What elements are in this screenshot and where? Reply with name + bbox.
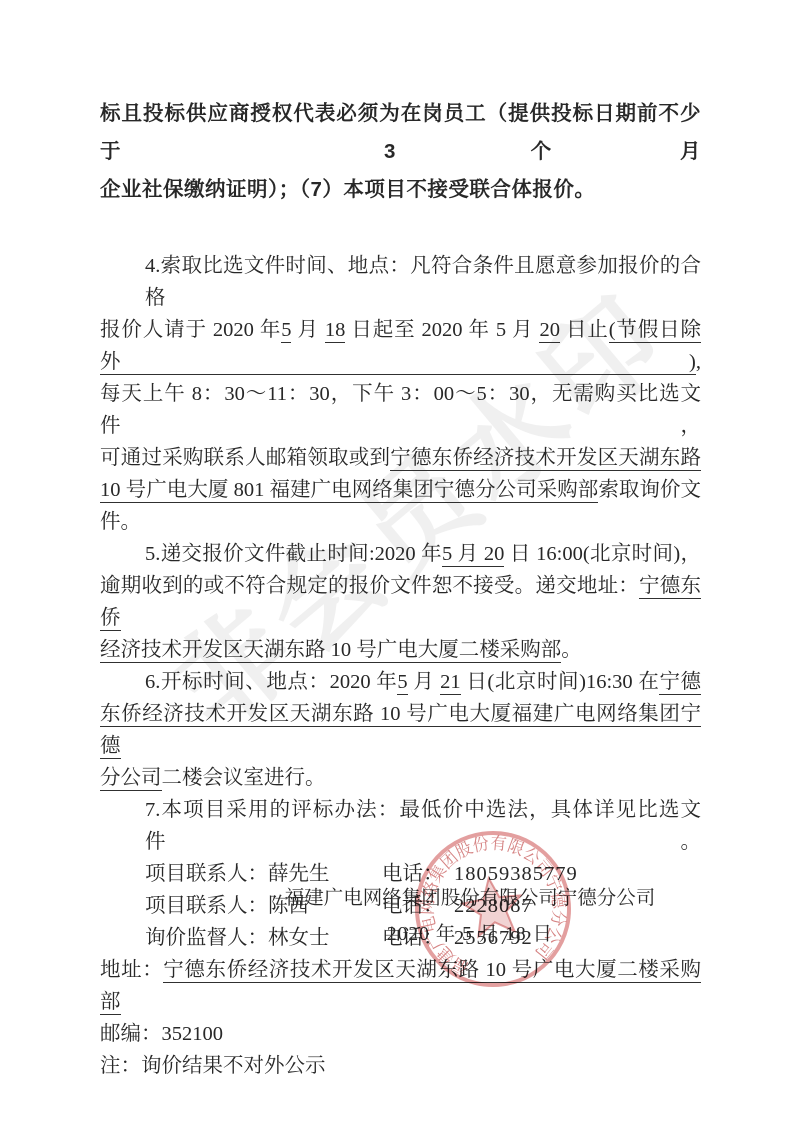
text-segment: 报价人请于 2020 年: [100, 319, 281, 341]
underlined-text: 21: [440, 671, 461, 695]
underlined-text: 宁德东侨经济技术开发区天湖东路 10 号广电大厦二楼采购部: [100, 959, 701, 1015]
text-line: 经济技术开发区天湖东路 10 号广电大厦二楼采购部。: [100, 634, 701, 666]
text-line: 标且投标供应商授权代表必须为在岗员工（提供投标日期前不少于 3 个月: [100, 95, 701, 171]
text-segment: 日起至 2020 年 5 月: [345, 319, 539, 341]
text-line: 6.开标时间、地点：2020 年5 月 21 日(北京时间)16:30 在宁德: [100, 666, 701, 698]
underlined-text: 20: [539, 319, 560, 343]
text-segment: 5.递交报价文件截止时间:2020 年: [145, 543, 442, 565]
intro-paragraph: 标且投标供应商授权代表必须为在岗员工（提供投标日期前不少于 3 个月企业社保缴纳…: [100, 95, 701, 209]
text-line: 东侨经济技术开发区天湖东路 10 号广电大厦福建广电网络集团宁德: [100, 698, 701, 762]
text-line: 地址：宁德东侨经济技术开发区天湖东路 10 号广电大厦二楼采购部: [100, 954, 701, 1018]
underlined-text: 分公司: [100, 767, 162, 791]
document-page: 非会员水印 标且投标供应商授权代表必须为在岗员工（提供投标日期前不少于 3 个月…: [0, 0, 793, 1121]
text-segment: 4.索取比选文件时间、地点：凡符合条件且愿意参加报价的合格: [145, 255, 701, 309]
text-segment: 日 16:00(北京时间)，: [504, 543, 701, 565]
underlined-text: 经济技术开发区天湖东路 10 号广电大厦二楼采购部: [100, 639, 561, 663]
text-line: 7.本项目采用的评标办法：最低价中选法，具体详见比选文件。: [100, 794, 701, 858]
underlined-text: 东侨经济技术开发区天湖东路 10 号广电大厦福建广电网络集团宁德: [100, 703, 701, 759]
text-segment: 邮编：352100: [100, 1023, 223, 1045]
text-line: 分公司二楼会议室进行。: [100, 762, 701, 794]
text-segment: 标且投标供应商授权代表必须为在岗员工（提供投标日期前不少于 3 个月: [100, 102, 701, 163]
text-segment: 二楼会议室进行。: [162, 767, 326, 789]
text-segment: 日止: [560, 319, 609, 341]
text-segment: 地址：: [100, 959, 163, 981]
contact-role: 项目联系人：: [145, 863, 268, 885]
underlined-text: 10 号广电大厦 801 福建广电网络集团宁德分公司采购部: [100, 479, 598, 503]
text-line: 4.索取比选文件时间、地点：凡符合条件且愿意参加报价的合格: [100, 250, 701, 314]
text-line: 企业社保缴纳证明）；（7）本项目不接受联合体报价。: [100, 171, 701, 209]
text-segment: 日(北京时间)16:30 在: [461, 671, 660, 693]
text-line: 逾期收到的或不符合规定的报价文件恕不接受。递交地址：宁德东侨: [100, 570, 701, 634]
underlined-text: 宁德东侨经济技术开发区天湖东路: [390, 447, 701, 471]
text-segment: 7.本项目采用的评标办法：最低价中选法，具体详见比选文件。: [145, 799, 701, 853]
text-line: 可通过采购联系人邮箱领取或到宁德东侨经济技术开发区天湖东路: [100, 442, 701, 474]
text-line: 10 号广电大厦 801 福建广电网络集团宁德分公司采购部索取询价文: [100, 474, 701, 506]
text-line: 报价人请于 2020 年5 月 18 日起至 2020 年 5 月 20 日止(…: [100, 314, 701, 378]
text-segment: 月: [291, 319, 324, 341]
text-line: 5.递交报价文件截止时间:2020 年5 月 20 日 16:00(北京时间)，: [100, 538, 701, 570]
underlined-text: 18: [325, 319, 346, 343]
text-line: 邮编：352100: [100, 1018, 701, 1050]
text-line: 每天上午 8：30～11：30，下午 3：00～5：30，无需购买比选文件，: [100, 378, 701, 442]
contact-person: 薛先生: [268, 863, 330, 885]
underlined-text: 5 月 20: [442, 543, 504, 567]
text-line: 注：询价结果不对外公示: [100, 1050, 701, 1082]
underlined-text: 宁德: [659, 671, 701, 695]
text-segment: 可通过采购联系人邮箱领取或到: [100, 447, 390, 469]
text-segment: ,: [696, 351, 701, 373]
underlined-text: 5: [397, 671, 407, 695]
text-line: 件。: [100, 506, 701, 538]
text-segment: 。: [561, 639, 582, 661]
signature-date: 2020 年 5 月 18 日: [240, 920, 700, 950]
text-segment: 逾期收到的或不符合规定的报价文件恕不接受。递交地址：: [100, 575, 639, 597]
notice-body: 4.索取比选文件时间、地点：凡符合条件且愿意参加报价的合格报价人请于 2020 …: [100, 250, 701, 858]
text-segment: 注：询价结果不对外公示: [100, 1055, 326, 1077]
address-block: 地址：宁德东侨经济技术开发区天湖东路 10 号广电大厦二楼采购部邮编：35210…: [100, 954, 701, 1082]
text-segment: 月: [408, 671, 441, 693]
text-segment: 6.开标时间、地点：2020 年: [145, 671, 397, 693]
text-segment: 件。: [100, 511, 141, 533]
signature-block: 福建广电网络集团股份有限公司宁德分公司 2020 年 5 月 18 日: [240, 884, 700, 950]
underlined-text: 5: [281, 319, 291, 343]
text-segment: 企业社保缴纳证明）；（7）本项目不接受联合体报价。: [100, 178, 595, 201]
company-name: 福建广电网络集团股份有限公司宁德分公司: [240, 884, 700, 914]
text-segment: 索取询价文: [598, 479, 701, 501]
text-segment: 每天上午 8：30～11：30，下午 3：00～5：30，无需购买比选文件，: [100, 383, 701, 437]
